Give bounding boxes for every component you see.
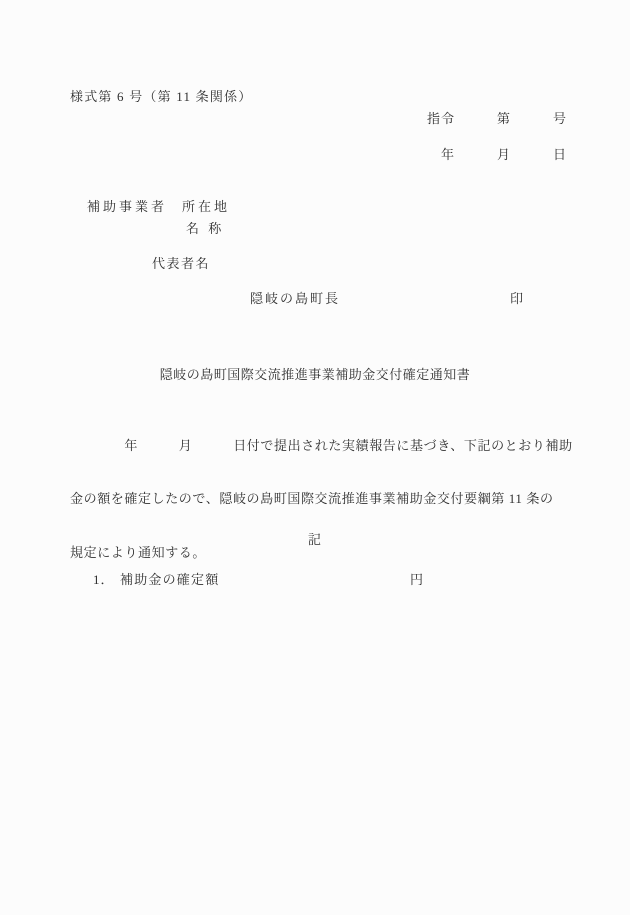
body-line-2: 金の額を確定したので、隠岐の島町国際交流推進事業補助金交付要綱第 11 条の: [70, 487, 570, 510]
directive-number-line: 指令 第 号: [427, 111, 567, 126]
body-line-1: 年 月 日付で提出された実績報告に基づき、下記のとおり補助: [70, 434, 570, 457]
item-unit-yen: 円: [410, 572, 424, 587]
recipient-label: 補助事業者: [87, 199, 167, 214]
form-number: 様式第 6 号（第 11 条関係）: [70, 89, 252, 104]
recipient-name-label: 名 称: [186, 221, 224, 236]
body-paragraph: 年 月 日付で提出された実績報告に基づき、下記のとおり補助 金の額を確定したので…: [70, 404, 570, 594]
recipient-address-label: 所在地: [182, 199, 230, 214]
record-marker: 記: [0, 532, 630, 547]
seal-mark: 印: [510, 291, 524, 306]
item-number: 1．: [93, 572, 115, 587]
notice-document-page: 様式第 6 号（第 11 条関係） 指令 第 号 年 月 日 補助事業者所在地 …: [0, 0, 630, 915]
recipient-representative-label: 代表者名: [152, 256, 210, 271]
item-row-1: 1． 補助金の確定額 円: [0, 572, 630, 588]
issue-date-line: 年 月 日: [441, 147, 567, 162]
issuer-row: 隠岐の島町長 印: [0, 291, 630, 351]
item-label-confirmed-subsidy-amount: 補助金の確定額: [120, 572, 219, 587]
issuer-name: 隠岐の島町長: [250, 291, 340, 306]
document-title: 隠岐の島町国際交流推進事業補助金交付確定通知書: [0, 367, 630, 382]
